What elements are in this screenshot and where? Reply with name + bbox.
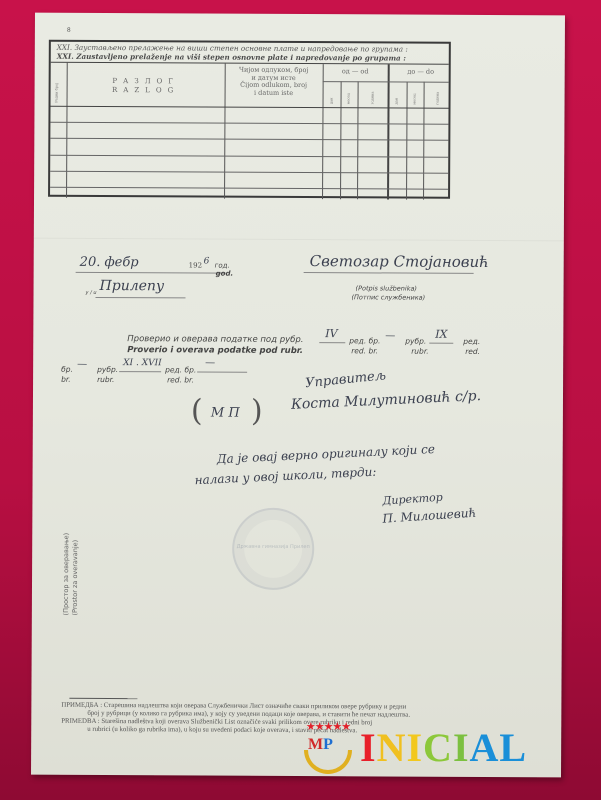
god-cyrillic: год. [215,262,230,270]
section-heading: XXI. Заустављено прелажење на виши степе… [51,42,449,65]
col-reason-header: РАЗЛОГ RAZLOG [67,77,225,96]
signature-label-cyrillic: (Потпис службеника) [351,293,425,301]
director-name: П. Милошевић [382,506,477,526]
col-index-label: Редни број [55,77,59,103]
employee-signature: Светозар Стојановић [310,252,489,271]
watermark-logo: ★★★★★ MP INICIAL [300,720,527,776]
year-prefix: 192 [189,261,202,269]
watermark-text: INICIAL [360,728,527,768]
group-to-header: до — do [389,68,453,76]
rubr-3-value: XI . XVII [123,358,162,368]
signature-label-latin: (Potpis službenika) [356,284,417,292]
promotion-table: XXI. Заустављено прелажење на виши степе… [48,40,451,199]
page-number: 8 [67,27,71,34]
manager-title: Управитељ [305,368,387,391]
section-title-latin: XXI. Zaustavljeno prelaženje na viši ste… [57,52,445,63]
seal-bracket-right: ) [251,394,263,429]
year-suffix: 6 [204,257,210,267]
col-decision-header: Чијом одлуком, број и датум исте Čijom o… [225,67,323,98]
certification-line1: Да је овај верно оригиналу који се [216,442,435,466]
director-title: Директор [382,491,443,508]
table-grid: Редни број РАЗЛОГ RAZLOG Чијом одлуком, … [50,63,449,200]
verify-line1-latin: Proverio i overava podatke pod rubr. [127,345,303,356]
place: Прилепу [100,278,165,294]
seal-mark: М П [211,406,240,421]
certification-line2: налази у овој школи, тврди: [194,465,376,488]
god-latin: god. [216,270,234,278]
place-prefix: у / u [86,290,97,296]
verification-space-note: (Простор за оверавање) (Prostor za overa… [62,533,80,616]
document-page: 8 XXI. Заустављено прелажење на виши сте… [31,13,565,778]
official-stamp: Државна гимназија Прилеп [232,508,314,590]
verify-line1-cyrillic: Проверио и оверава податке под рубр. [127,334,303,345]
watermark-emblem-icon: ★★★★★ MP [300,720,356,776]
rubr-1-value: IV [325,327,337,340]
group-from-header: од — od [323,68,388,76]
date-day: 20. фебр [80,255,139,270]
manager-name: Коста Милутиновић с/р. [291,388,482,413]
wreath-icon [304,750,352,774]
rubr-2-value: IX [435,328,447,341]
seal-bracket-left: ( [191,393,203,428]
stars-icon: ★★★★★ [300,720,356,733]
